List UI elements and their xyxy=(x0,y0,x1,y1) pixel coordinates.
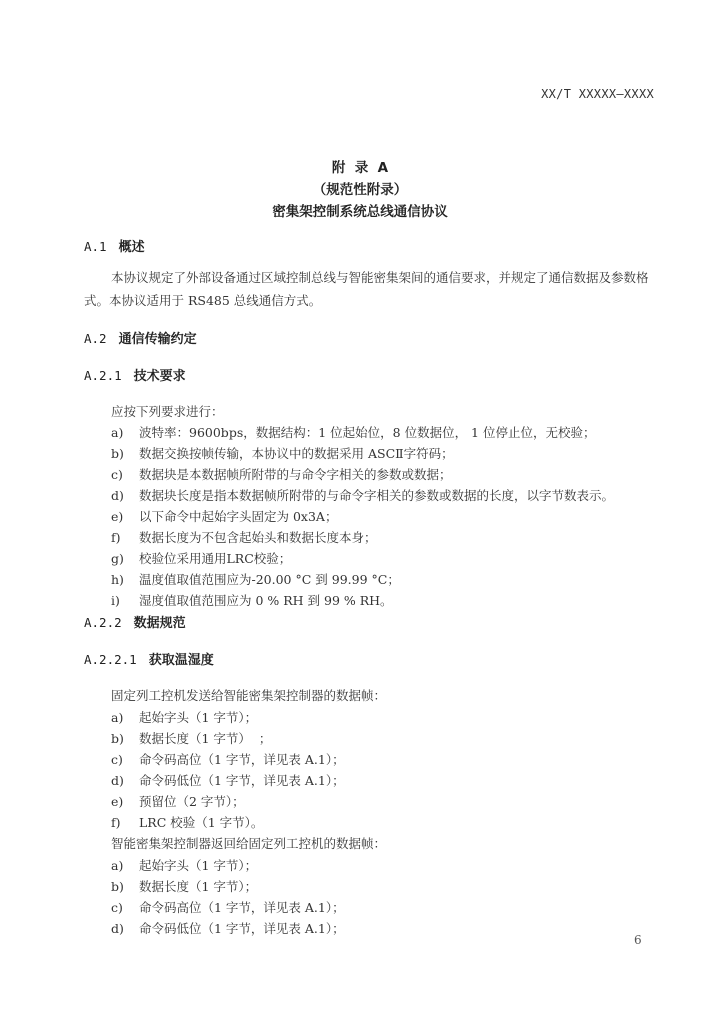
list-item: c)命令码高位（1 字节，详见表 A.1）； xyxy=(111,750,345,768)
heading-number: A.2.2 xyxy=(84,615,122,630)
list-item: f)LRC 校验（1 字节）。 xyxy=(111,813,263,831)
list-item: d)命令码低位（1 字节，详见表 A.1）； xyxy=(111,919,345,937)
heading-title: 概述 xyxy=(119,240,145,255)
list-item: f)数据长度为不包含起始头和数据长度本身； xyxy=(111,528,377,546)
heading-number: A.2.1 xyxy=(84,368,122,383)
list-item: d)命令码低位（1 字节，详见表 A.1）； xyxy=(111,771,345,789)
list-item: c)数据块是本数据帧所附带的与命令字相关的参数或数据； xyxy=(111,465,452,483)
heading-number: A.2.2.1 xyxy=(84,652,137,667)
list-item: g)校验位采用通用LRC校验； xyxy=(111,549,291,567)
appendix-label: 附 录 A xyxy=(0,157,720,179)
list-item: c)命令码高位（1 字节，详见表 A.1）； xyxy=(111,898,345,916)
heading-a1: A.1概述 xyxy=(84,236,145,255)
list-item: a)波特率：9600bps，数据结构：1 位起始位，8 位数据位， 1 位停止位… xyxy=(111,423,595,441)
heading-title: 通信传输约定 xyxy=(119,332,197,347)
appendix-title: 附 录 A （规范性附录） 密集架控制系统总线通信协议 xyxy=(0,157,720,223)
heading-a22: A.2.2数据规范 xyxy=(84,612,186,631)
heading-a2: A.2通信传输约定 xyxy=(84,328,197,347)
list-item: b)数据长度（1 字节）； xyxy=(111,877,257,895)
heading-title: 获取温湿度 xyxy=(149,653,214,668)
heading-title: 技术要求 xyxy=(134,369,186,384)
reply-intro-text: 智能密集架控制器返回给固定列工控机的数据帧： xyxy=(111,834,386,852)
paragraph-line: 本协议规定了外部设备通过区域控制总线与智能密集架间的通信要求，并规定了通信数据及… xyxy=(111,268,649,286)
document-page: XX/T XXXXX—XXXX 附 录 A （规范性附录） 密集架控制系统总线通… xyxy=(0,0,720,1019)
list-item: b)数据长度（1 字节） ； xyxy=(111,729,271,747)
list-item: d)数据块长度是指本数据帧所附带的与命令字相关的参数或数据的长度，以字节数表示。 xyxy=(111,486,614,504)
heading-number: A.1 xyxy=(84,239,107,254)
heading-a21: A.2.1技术要求 xyxy=(84,365,186,384)
list-item: b)数据交换按帧传输，本协议中的数据采用 ASCⅡ字符码； xyxy=(111,444,454,462)
heading-a221: A.2.2.1获取温湿度 xyxy=(84,649,214,668)
send-intro-text: 固定列工控机发送给智能密集架控制器的数据帧： xyxy=(111,686,386,704)
page-number: 6 xyxy=(634,933,642,947)
appendix-type: （规范性附录） xyxy=(0,179,720,201)
list-item: e)预留位（2 字节）； xyxy=(111,792,245,810)
list-item: a)起始字头（1 字节）； xyxy=(111,856,257,874)
paragraph-line: 式。本协议适用于 RS485 总线通信方式。 xyxy=(84,291,321,309)
list-item: i)湿度值取值范围应为 0 % RH 到 99 % RH。 xyxy=(111,591,393,609)
list-item: a)起始字头（1 字节）； xyxy=(111,708,257,726)
list-item: h)温度值取值范围应为-20.00 °C 到 99.99 °C； xyxy=(111,570,400,588)
standard-code: XX/T XXXXX—XXXX xyxy=(541,87,654,101)
intro-text: 应按下列要求进行： xyxy=(111,402,224,420)
heading-number: A.2 xyxy=(84,331,107,346)
list-item: e)以下命令中起始字头固定为 0x3A； xyxy=(111,507,337,525)
appendix-name: 密集架控制系统总线通信协议 xyxy=(0,201,720,223)
heading-title: 数据规范 xyxy=(134,616,186,631)
